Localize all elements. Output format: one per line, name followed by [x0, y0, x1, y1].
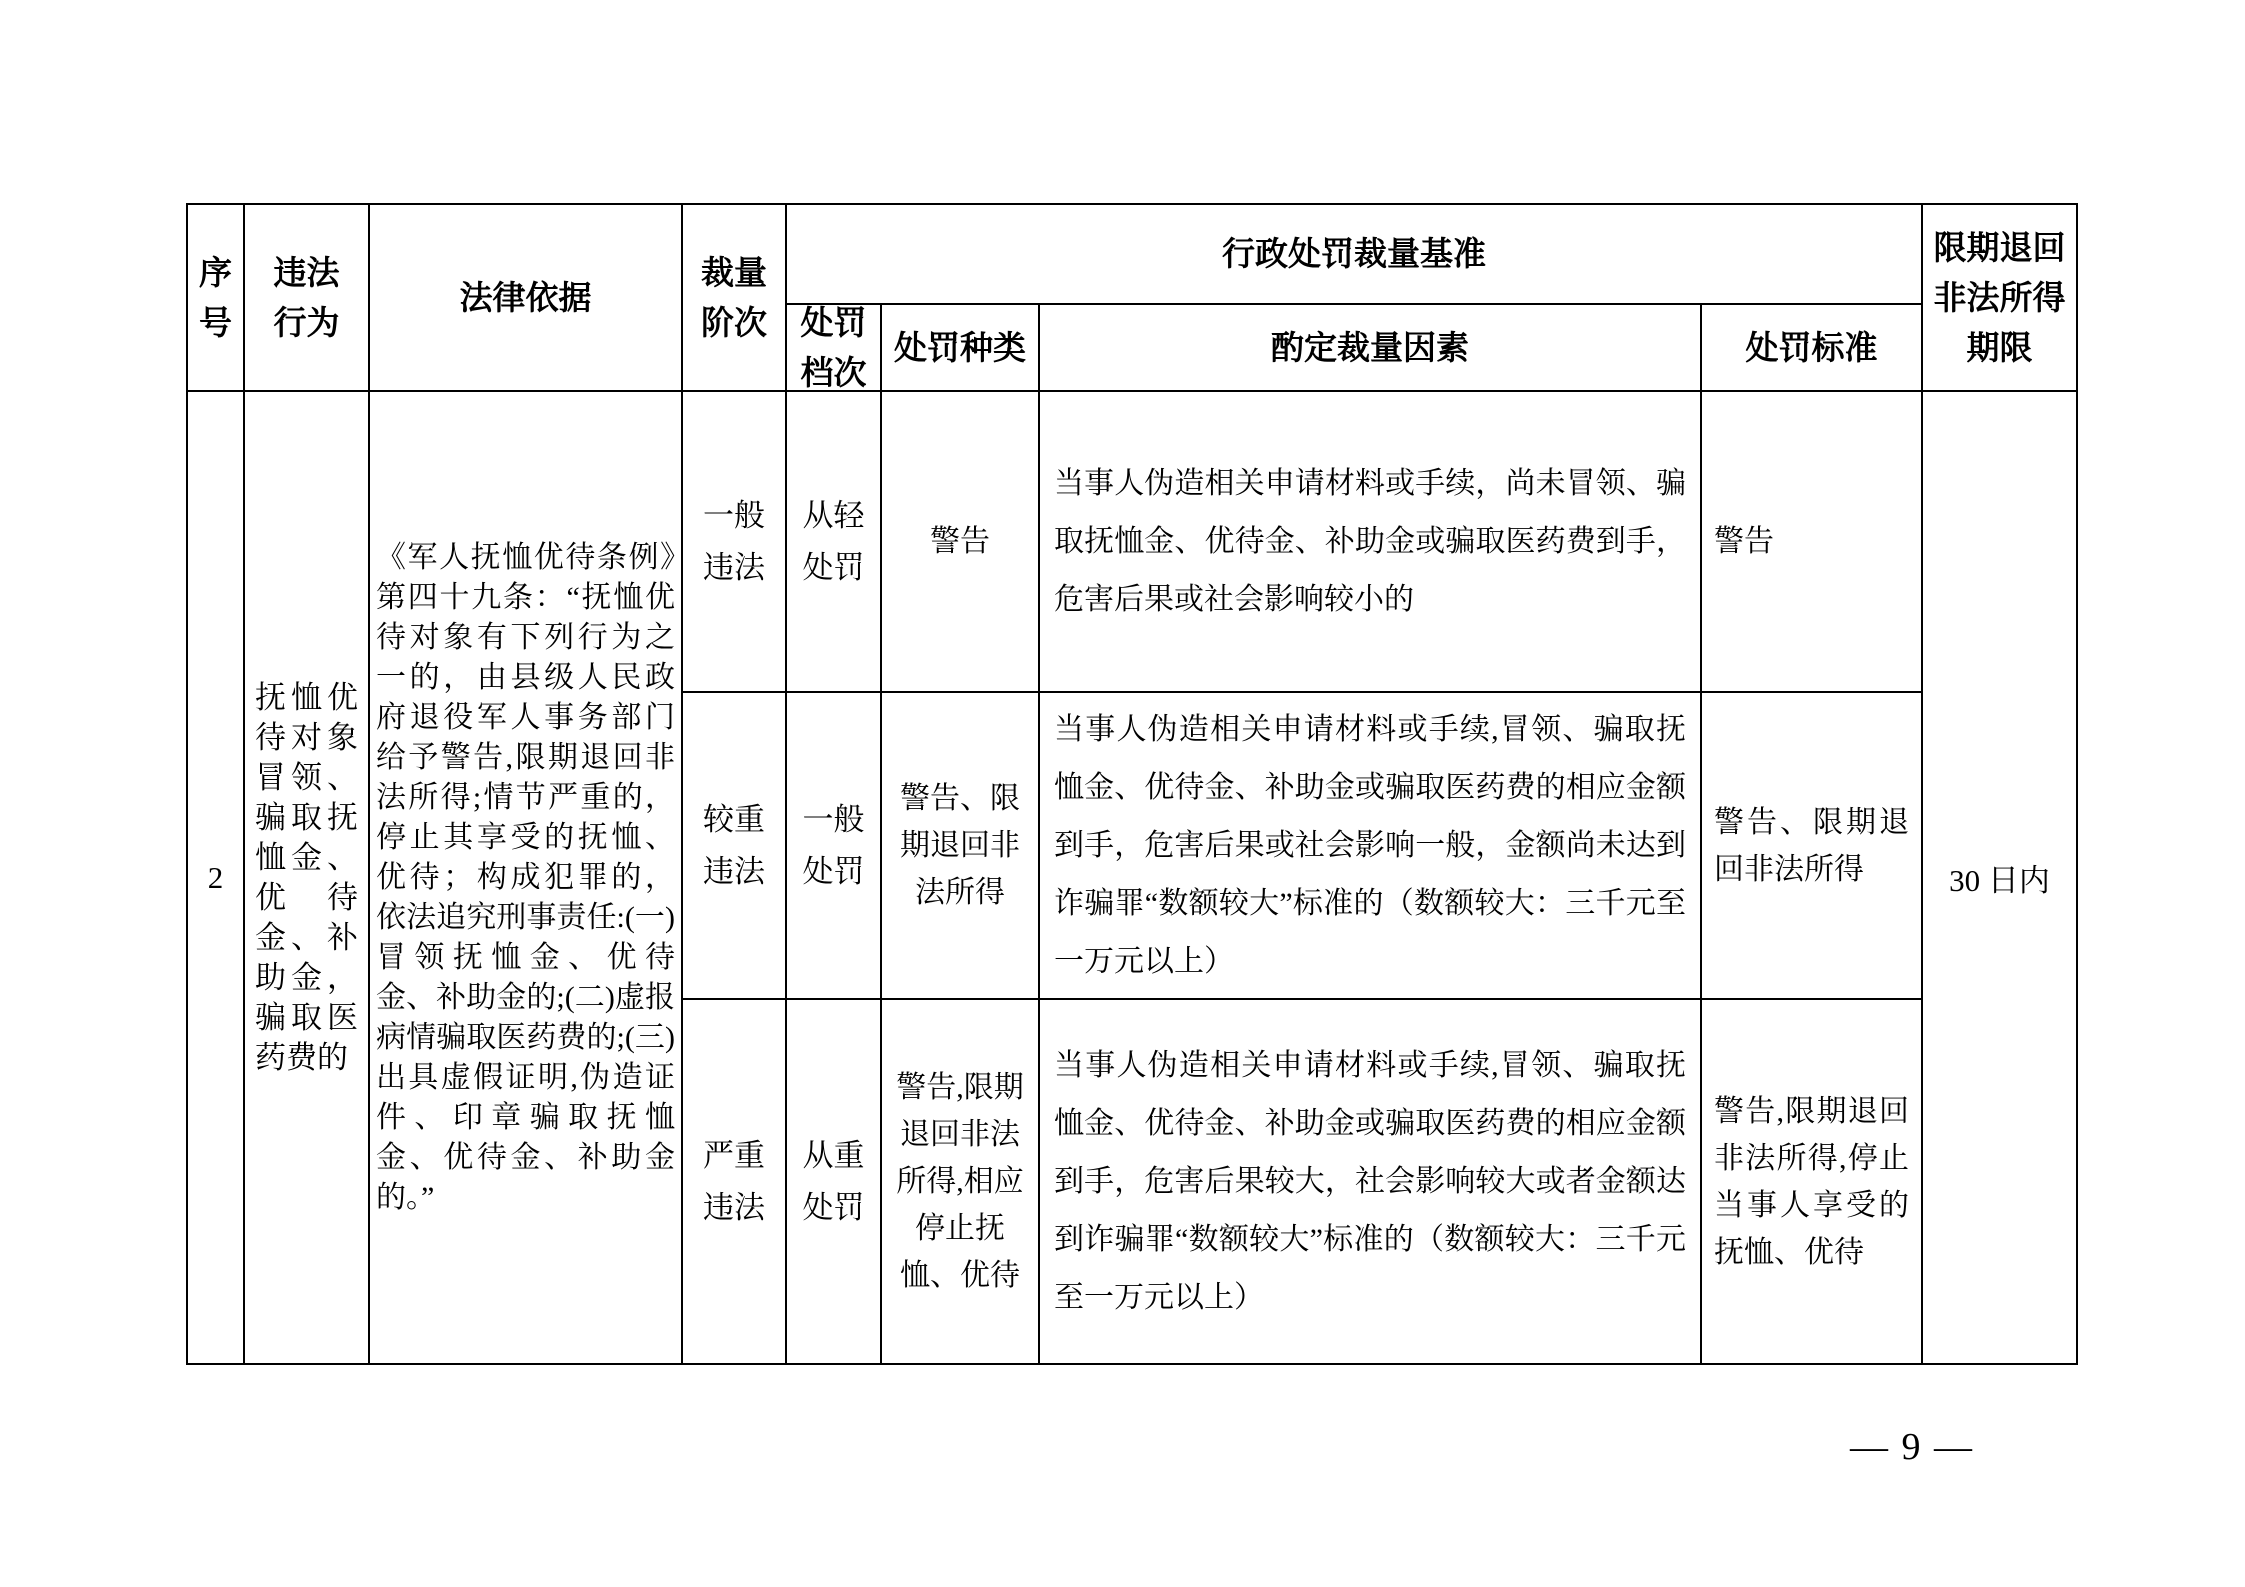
- header-illegal-act-label: 违法行为: [259, 248, 354, 348]
- legal-basis-text: 《军人抚恤优待条例》第四十九条：“抚恤优待对象有下列行为之一的，由县级人民政府退…: [370, 538, 681, 1218]
- header-serial-no-label: 序号: [188, 248, 243, 348]
- header-penalty-grade: 处罚档次: [787, 305, 882, 392]
- illegal-act-text: 抚恤优待对象冒领、骗取抚恤金、优待金、补助金，骗取医药费的: [245, 678, 368, 1078]
- cell-tier3-standard: 警告,限期退回非法所得,停止当事人享受的抚恤、优待: [1702, 1000, 1923, 1365]
- header-legal-basis: 法律依据: [370, 205, 683, 392]
- cell-tier2-level: 较重违法: [683, 693, 787, 1000]
- page-number: — 9 —: [1712, 1425, 2112, 1469]
- cell-serial-no: 2: [188, 392, 245, 1365]
- header-penalty-benchmark: 行政处罚裁量基准: [787, 205, 1923, 305]
- cell-tier3-grade: 从重处罚: [787, 1000, 882, 1365]
- cell-tier2-standard: 警告、限期退回非法所得: [1702, 693, 1923, 1000]
- penalty-table: 序号 违法行为 法律依据 裁量阶次 行政处罚裁量基准 限期退回非法所得期限 处罚…: [186, 203, 2078, 1365]
- cell-tier2-grade: 一般处罚: [787, 693, 882, 1000]
- header-penalty-type: 处罚种类: [882, 305, 1040, 392]
- header-penalty-benchmark-label: 行政处罚裁量基准: [787, 229, 1921, 279]
- tier3-type-text: 警告,限期退回非法所得,相应停止抚恤、优待: [890, 1064, 1030, 1299]
- tier2-factors-text: 当事人伪造相关申请材料或手续,冒领、骗取抚恤金、优待金、补助金或骗取医药费的相应…: [1040, 701, 1700, 991]
- tier3-grade-text: 从重处罚: [799, 1130, 868, 1234]
- header-discretion-factors: 酌定裁量因素: [1040, 305, 1702, 392]
- cell-tier1-grade: 从轻处罚: [787, 392, 882, 693]
- cell-tier3-factors: 当事人伪造相关申请材料或手续,冒领、骗取抚恤金、优待金、补助金或骗取医药费的相应…: [1040, 1000, 1702, 1365]
- header-serial-no: 序号: [188, 205, 245, 392]
- cell-tier3-level: 严重违法: [683, 1000, 787, 1365]
- serial-no-value: 2: [188, 860, 243, 896]
- tier1-level-text: 一般违法: [697, 490, 771, 594]
- tier1-factors-text: 当事人伪造相关申请材料或手续，尚未冒领、骗取抚恤金、优待金、补助金或骗取医药费到…: [1040, 455, 1700, 629]
- cell-tier1-type: 警告: [882, 392, 1040, 693]
- cell-tier1-factors: 当事人伪造相关申请材料或手续，尚未冒领、骗取抚恤金、优待金、补助金或骗取医药费到…: [1040, 392, 1702, 693]
- header-penalty-type-label: 处罚种类: [890, 323, 1030, 373]
- header-discretion-factors-label: 酌定裁量因素: [1040, 323, 1700, 373]
- tier1-standard-text: 警告: [1702, 518, 1921, 565]
- tier2-grade-text: 一般处罚: [799, 794, 868, 898]
- header-refund-deadline-label: 限期退回非法所得期限: [1931, 223, 2068, 373]
- tier2-level-text: 较重违法: [697, 794, 771, 898]
- header-penalty-standard: 处罚标准: [1702, 305, 1923, 392]
- cell-tier3-type: 警告,限期退回非法所得,相应停止抚恤、优待: [882, 1000, 1040, 1365]
- cell-refund-deadline: 30 日内: [1923, 392, 2078, 1365]
- cell-legal-basis: 《军人抚恤优待条例》第四十九条：“抚恤优待对象有下列行为之一的，由县级人民政府退…: [370, 392, 683, 1365]
- cell-tier2-type: 警告、限期退回非法所得: [882, 693, 1040, 1000]
- tier3-factors-text: 当事人伪造相关申请材料或手续,冒领、骗取抚恤金、优待金、补助金或骗取医药费的相应…: [1040, 1037, 1700, 1327]
- tier3-level-text: 严重违法: [697, 1130, 771, 1234]
- header-illegal-act: 违法行为: [245, 205, 370, 392]
- cell-tier2-factors: 当事人伪造相关申请材料或手续,冒领、骗取抚恤金、优待金、补助金或骗取医药费的相应…: [1040, 693, 1702, 1000]
- header-penalty-grade-label: 处罚档次: [799, 305, 868, 392]
- cell-tier1-level: 一般违法: [683, 392, 787, 693]
- document-page: 序号 违法行为 法律依据 裁量阶次 行政处罚裁量基准 限期退回非法所得期限 处罚…: [0, 0, 2245, 1587]
- cell-tier1-standard: 警告: [1702, 392, 1923, 693]
- tier1-type-text: 警告: [890, 518, 1030, 565]
- header-discretion-tier: 裁量阶次: [683, 205, 787, 392]
- refund-deadline-value: 30 日内: [1923, 855, 2076, 900]
- header-penalty-standard-label: 处罚标准: [1702, 323, 1921, 373]
- header-refund-deadline: 限期退回非法所得期限: [1923, 205, 2078, 392]
- header-legal-basis-label: 法律依据: [370, 273, 681, 323]
- cell-illegal-act: 抚恤优待对象冒领、骗取抚恤金、优待金、补助金，骗取医药费的: [245, 392, 370, 1365]
- tier2-standard-text: 警告、限期退回非法所得: [1702, 799, 1921, 893]
- tier1-grade-text: 从轻处罚: [799, 490, 868, 594]
- tier2-type-text: 警告、限期退回非法所得: [890, 775, 1030, 916]
- tier3-standard-text: 警告,限期退回非法所得,停止当事人享受的抚恤、优待: [1702, 1088, 1921, 1276]
- header-discretion-tier-label: 裁量阶次: [697, 248, 771, 348]
